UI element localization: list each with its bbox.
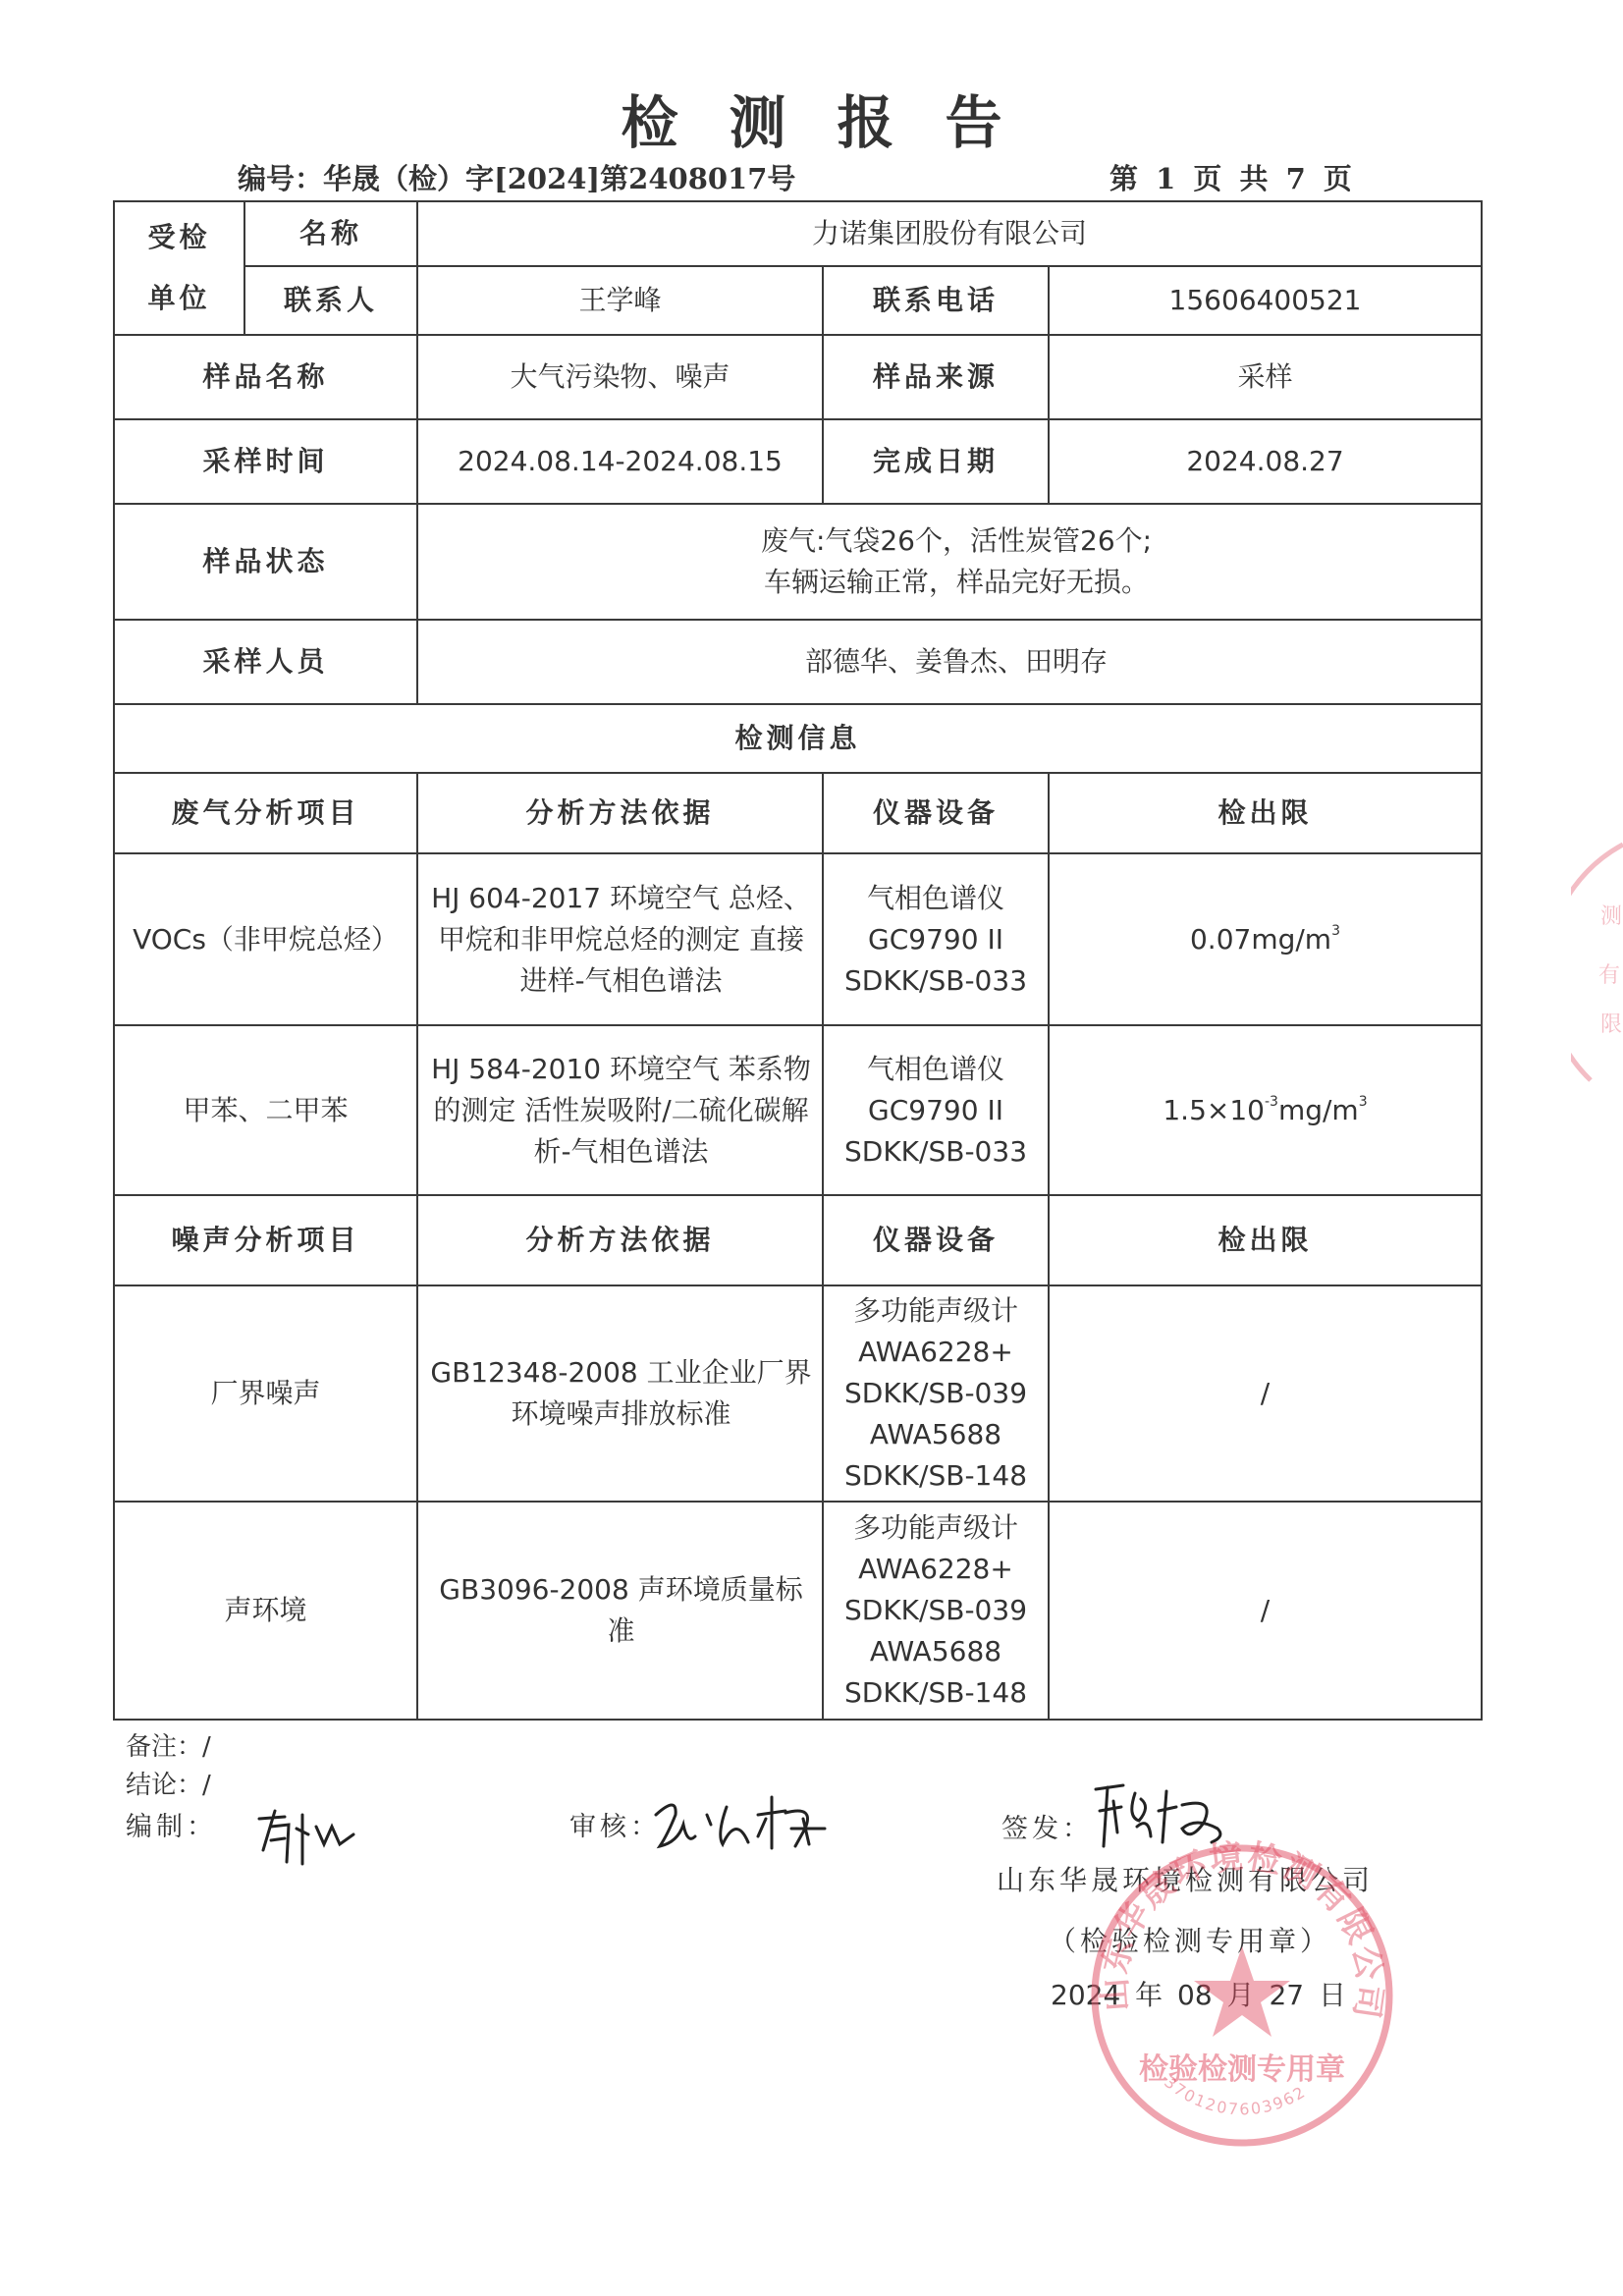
sampling-staff-row: 采样人员 部德华、姜鲁杰、田明存 bbox=[114, 620, 1482, 704]
noise-row: 声环境 GB3096-2008 声环境质量标准 多功能声级计 AWA6228+ … bbox=[114, 1502, 1482, 1720]
gas-equipment: 气相色谱仪 GC9790 II SDKK/SB-033 bbox=[823, 853, 1049, 1025]
noise-method: GB3096-2008 声环境质量标准 bbox=[417, 1502, 823, 1720]
sample-name-label: 样品名称 bbox=[114, 335, 417, 419]
remark-text: 备注：/ bbox=[126, 1726, 211, 1763]
sample-status-label: 样品状态 bbox=[114, 504, 417, 620]
detection-info-row: 检测信息 bbox=[114, 704, 1482, 773]
gas-method-header: 分析方法依据 bbox=[417, 773, 823, 853]
seal-type-label: （检验检测专用章） bbox=[1049, 1920, 1331, 1959]
gas-row: VOCs（非甲烷总烃） HJ 604-2017 环境空气 总烃、甲烷和非甲烷总烃… bbox=[114, 853, 1482, 1025]
client-group-label: 受检 单位 bbox=[114, 201, 244, 335]
svg-text:限: 限 bbox=[1600, 1012, 1622, 1037]
conclusion-text: 结论：/ bbox=[126, 1765, 211, 1801]
sample-source-value: 采样 bbox=[1049, 335, 1482, 419]
client-name-value: 力诺集团股份有限公司 bbox=[417, 201, 1482, 266]
client-name-label: 名称 bbox=[244, 201, 417, 266]
issue-date: 2024 年 08 月 27 日 bbox=[1051, 1974, 1346, 2013]
contact-value: 王学峰 bbox=[417, 266, 823, 335]
noise-method: GB12348-2008 工业企业厂界环境噪声排放标准 bbox=[417, 1285, 823, 1502]
noise-item: 厂界噪声 bbox=[114, 1285, 417, 1502]
sample-time-value: 2024.08.14-2024.08.15 bbox=[417, 419, 823, 504]
noise-limit: / bbox=[1049, 1285, 1482, 1502]
gas-item: 甲苯、二甲苯 bbox=[114, 1025, 417, 1195]
sample-status-value: 废气:气袋26个，活性炭管26个; 车辆运输正常，样品完好无损。 bbox=[417, 504, 1482, 620]
noise-limit-header: 检出限 bbox=[1049, 1195, 1482, 1285]
noise-row: 厂界噪声 GB12348-2008 工业企业厂界环境噪声排放标准 多功能声级计 … bbox=[114, 1285, 1482, 1502]
client-contact-row: 联系人 王学峰 联系电话 15606400521 bbox=[114, 266, 1482, 335]
client-name-row: 受检 单位 名称 力诺集团股份有限公司 bbox=[114, 201, 1482, 266]
gas-limit-header: 检出限 bbox=[1049, 773, 1482, 853]
gas-method: HJ 604-2017 环境空气 总烃、甲烷和非甲烷总烃的测定 直接进样-气相色… bbox=[417, 853, 823, 1025]
issued-signature bbox=[1088, 1777, 1235, 1856]
svg-text:检验检测专用章: 检验检测专用章 bbox=[1139, 2052, 1345, 2087]
gas-equipment: 气相色谱仪 GC9790 II SDKK/SB-033 bbox=[823, 1025, 1049, 1195]
noise-item-header: 噪声分析项目 bbox=[114, 1195, 417, 1285]
sample-time-row: 采样时间 2024.08.14-2024.08.15 完成日期 2024.08.… bbox=[114, 419, 1482, 504]
svg-text:有: 有 bbox=[1598, 963, 1620, 988]
sample-source-label: 样品来源 bbox=[823, 335, 1049, 419]
report-number: 编号：华晟（检）字[2024]第2408017号 bbox=[238, 157, 795, 197]
gas-item-header: 废气分析项目 bbox=[114, 773, 417, 853]
prepared-by-label: 编制： bbox=[126, 1805, 217, 1843]
noise-equipment: 多功能声级计 AWA6228+ SDKK/SB-039 AWA5688 SDKK… bbox=[823, 1502, 1049, 1720]
svg-text:测: 测 bbox=[1600, 904, 1622, 929]
svg-text:3701207603962: 3701207603962 bbox=[1161, 2073, 1310, 2119]
sample-status-row: 样品状态 废气:气袋26个，活性炭管26个; 车辆运输正常，样品完好无损。 bbox=[114, 504, 1482, 620]
finish-date-label: 完成日期 bbox=[823, 419, 1049, 504]
issuing-company: 山东华晟环境检测有限公司 bbox=[997, 1859, 1374, 1898]
contact-label: 联系人 bbox=[244, 266, 417, 335]
report-table: 受检 单位 名称 力诺集团股份有限公司 联系人 王学峰 联系电话 1560640… bbox=[113, 200, 1483, 1721]
noise-equipment: 多功能声级计 AWA6228+ SDKK/SB-039 AWA5688 SDKK… bbox=[823, 1285, 1049, 1502]
phone-label: 联系电话 bbox=[823, 266, 1049, 335]
detection-info-title: 检测信息 bbox=[114, 704, 1482, 773]
gas-method: HJ 584-2010 环境空气 苯系物的测定 活性炭吸附/二硫化碳解析-气相色… bbox=[417, 1025, 823, 1195]
sampling-staff-value: 部德华、姜鲁杰、田明存 bbox=[417, 620, 1482, 704]
sample-name-row: 样品名称 大气污染物、噪声 样品来源 采样 bbox=[114, 335, 1482, 419]
noise-item: 声环境 bbox=[114, 1502, 417, 1720]
issued-by-label: 签发： bbox=[1001, 1807, 1093, 1845]
noise-limit: / bbox=[1049, 1502, 1482, 1720]
finish-date-value: 2024.08.27 bbox=[1049, 419, 1482, 504]
noise-equipment-header: 仪器设备 bbox=[823, 1195, 1049, 1285]
noise-header-row: 噪声分析项目 分析方法依据 仪器设备 检出限 bbox=[114, 1195, 1482, 1285]
reviewed-signature bbox=[648, 1785, 854, 1864]
gas-row: 甲苯、二甲苯 HJ 584-2010 环境空气 苯系物的测定 活性炭吸附/二硫化… bbox=[114, 1025, 1482, 1195]
gas-limit: 1.5×10-3mg/m3 bbox=[1049, 1025, 1482, 1195]
noise-method-header: 分析方法依据 bbox=[417, 1195, 823, 1285]
prepared-signature bbox=[245, 1805, 373, 1874]
gas-limit: 0.07mg/m3 bbox=[1049, 853, 1482, 1025]
phone-value: 15606400521 bbox=[1049, 266, 1482, 335]
gas-item: VOCs（非甲烷总烃） bbox=[114, 853, 417, 1025]
sample-name-value: 大气污染物、噪声 bbox=[417, 335, 823, 419]
gas-equipment-header: 仪器设备 bbox=[823, 773, 1049, 853]
seam-seal-stamp-partial: 测 有 限 bbox=[1571, 835, 1623, 1090]
gas-header-row: 废气分析项目 分析方法依据 仪器设备 检出限 bbox=[114, 773, 1482, 853]
report-title: 检测报告 bbox=[0, 77, 1623, 159]
sample-time-label: 采样时间 bbox=[114, 419, 417, 504]
sampling-staff-label: 采样人员 bbox=[114, 620, 417, 704]
page-indicator: 第 1 页 共 7 页 bbox=[1109, 157, 1352, 197]
